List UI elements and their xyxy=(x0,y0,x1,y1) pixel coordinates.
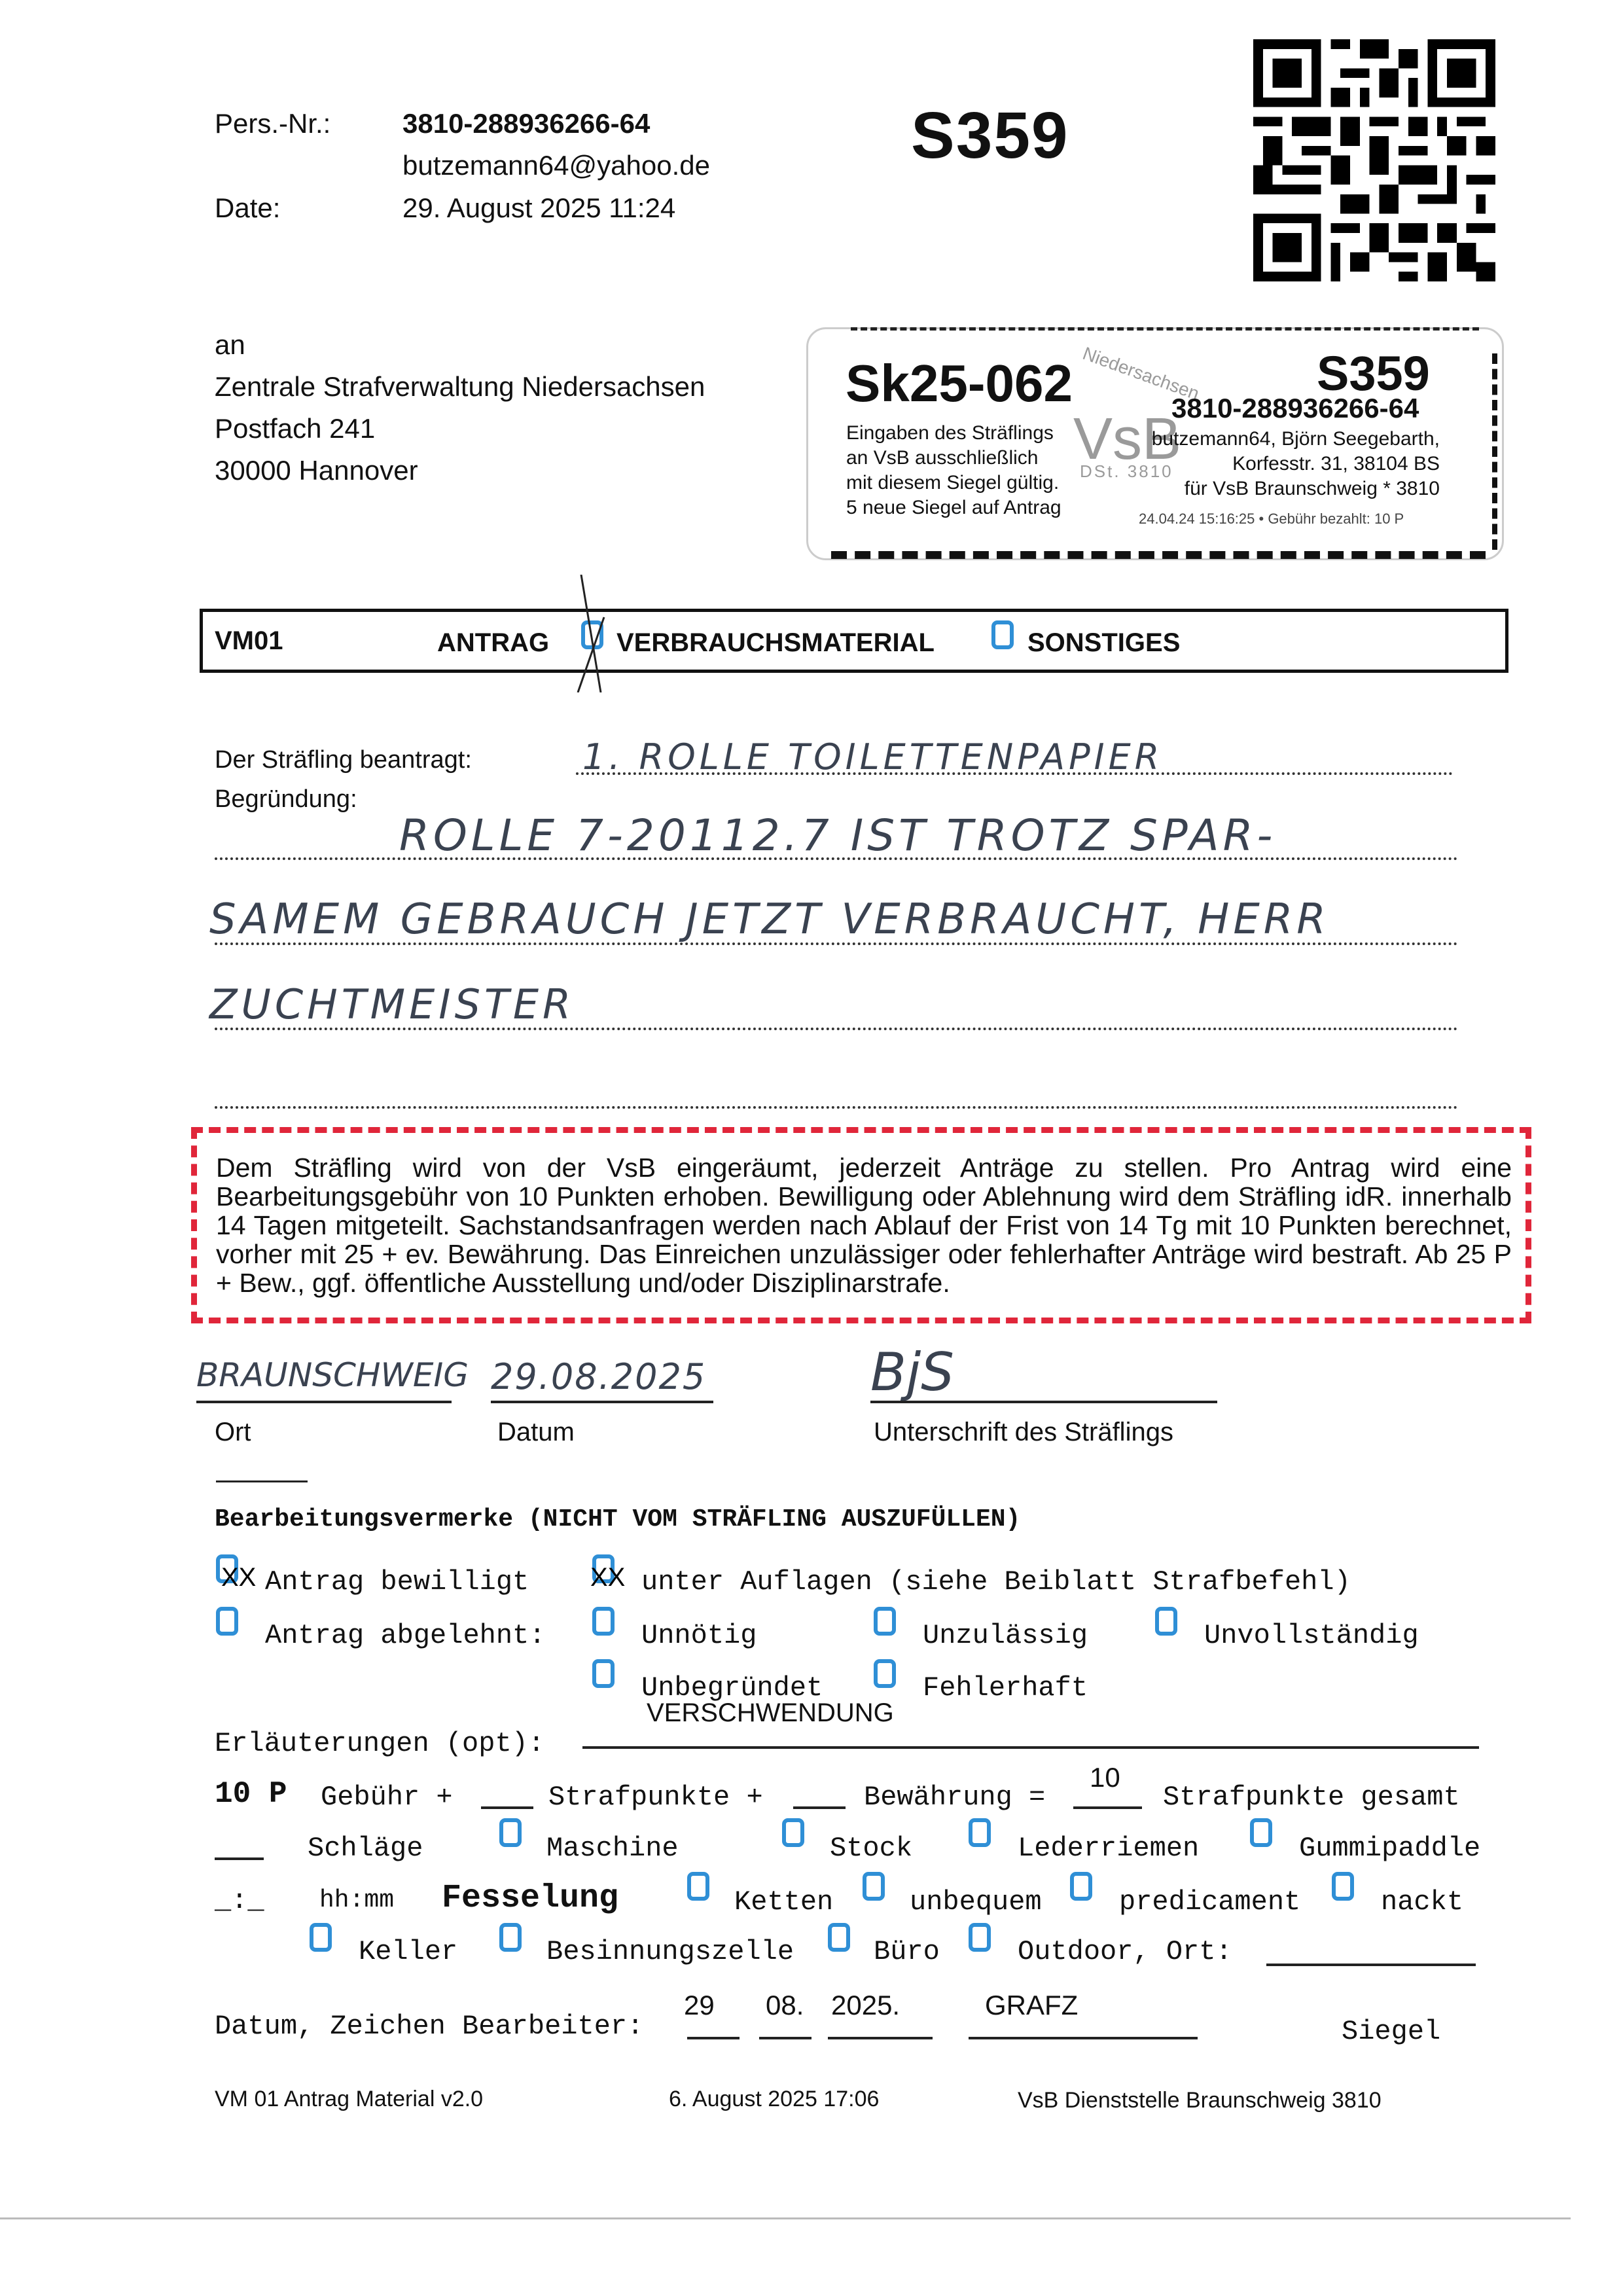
footer-office: VsB Dienststelle Braunschweig 3810 xyxy=(1018,2088,1382,2113)
seal-left-line: mit diesem Siegel gültig. xyxy=(846,471,1061,495)
signature-label: Unterschrift des Sträflings xyxy=(874,1418,1173,1447)
reason-unzulaessig: Unzulässig xyxy=(923,1620,1088,1651)
fesselung-unbequem: unbequem xyxy=(910,1886,1042,1918)
qr-code-icon xyxy=(1253,39,1495,281)
seal-border-right xyxy=(1492,353,1497,550)
siegel-label: Siegel xyxy=(1342,2016,1440,2047)
fee-prefix: 10 P xyxy=(215,1777,287,1811)
processing-title: Bearbeitungsvermerke (NICHT VOM STRÄFLIN… xyxy=(215,1505,1020,1534)
datum-line[interactable] xyxy=(491,1401,713,1403)
fesselung-predicament: predicament xyxy=(1119,1886,1300,1918)
seal-border-top xyxy=(851,327,1479,331)
checkbox-predicament[interactable] xyxy=(1070,1872,1092,1901)
schlaege-input[interactable] xyxy=(215,1857,264,1860)
fesselung-ketten: Ketten xyxy=(734,1886,833,1918)
outdoor-location-input[interactable] xyxy=(1266,1964,1476,1966)
datum-value: 29.08.2025 xyxy=(491,1356,706,1397)
location-outdoor: Outdoor, Ort: xyxy=(1018,1936,1232,1967)
checkbox-nackt[interactable] xyxy=(1332,1872,1354,1901)
approved-mark: XX xyxy=(221,1563,256,1592)
month-input[interactable] xyxy=(759,2037,811,2039)
fesselung-label: Fesselung xyxy=(442,1880,618,1917)
day-input[interactable] xyxy=(687,2037,740,2039)
bewaehrung-label: Bewährung = xyxy=(864,1782,1045,1813)
footer-form-date: 6. August 2025 17:06 xyxy=(669,2087,879,2112)
pers-nr-value: 3810-288936266-64 xyxy=(402,108,650,139)
ort-label: Ort xyxy=(215,1418,251,1447)
explanations-label: Erläuterungen (opt): xyxy=(215,1728,544,1759)
conditions-label: unter Auflagen (siehe Beiblatt Strafbefe… xyxy=(641,1566,1351,1598)
reason-fehlerhaft: Fehlerhaft xyxy=(923,1672,1088,1704)
conditions-mark: XX xyxy=(590,1563,625,1592)
recipient-line-2: Postfach 241 xyxy=(215,408,705,450)
instrument-stock: Stock xyxy=(830,1833,912,1864)
signature-value: BjS xyxy=(870,1342,954,1403)
total-label: Strafpunkte gesamt xyxy=(1163,1782,1460,1813)
divider xyxy=(216,1480,308,1482)
checkbox-buero[interactable] xyxy=(828,1923,850,1952)
date-label: Date: xyxy=(215,192,280,224)
seal-left-text: Eingaben des Sträflings an VsB ausschlie… xyxy=(846,421,1061,520)
checkbox-stock[interactable] xyxy=(782,1818,804,1847)
recipient-to: an xyxy=(215,324,705,366)
checkmark-cross-icon xyxy=(575,575,607,692)
fesselung-nackt: nackt xyxy=(1381,1886,1463,1918)
checkbox-unbegruendet[interactable] xyxy=(592,1659,615,1688)
year-value: 2025. xyxy=(831,1990,900,2021)
seal-border-bottom xyxy=(831,551,1486,559)
fee-label: Gebühr + xyxy=(321,1782,453,1813)
strafpunkte-label: Strafpunkte + xyxy=(548,1782,763,1813)
checkbox-unvollstaendig[interactable] xyxy=(1155,1607,1177,1636)
checkbox-lederriemen[interactable] xyxy=(969,1818,991,1847)
pers-nr-label: Pers.-Nr.: xyxy=(215,108,330,139)
day-value: 29 xyxy=(684,1990,715,2021)
checkbox-keller[interactable] xyxy=(310,1923,332,1952)
checkbox-unnoetig[interactable] xyxy=(592,1607,615,1636)
month-value: 08. xyxy=(766,1990,804,2021)
seal-left-line: an VsB ausschließlich xyxy=(846,446,1061,471)
form-antrag-label: ANTRAG xyxy=(437,628,549,658)
reason-text-1: ROLLE 7-20112.7 IST TROTZ SPAR- xyxy=(399,810,1276,861)
rejected-label: Antrag abgelehnt: xyxy=(265,1620,545,1651)
reason-line-4[interactable] xyxy=(215,1073,1458,1109)
seal-right-text: butzemann64, Björn Seegebarth, Korfesstr… xyxy=(1113,427,1440,501)
total-value: 10 xyxy=(1090,1762,1120,1793)
reason-unvollstaendig: Unvollständig xyxy=(1204,1620,1419,1651)
schlaege-label: Schläge xyxy=(308,1833,423,1864)
form-code: VM01 xyxy=(215,626,283,656)
checkbox-unbequem[interactable] xyxy=(863,1872,885,1901)
option-verbrauchsmaterial: VERBRAUCHSMATERIAL xyxy=(616,628,935,658)
checkbox-verbrauchsmaterial[interactable] xyxy=(581,620,603,650)
location-keller: Keller xyxy=(359,1936,457,1967)
page-edge-line xyxy=(0,2217,1571,2219)
instrument-gummipaddle: Gummipaddle xyxy=(1299,1833,1480,1864)
time-input[interactable]: _:_ xyxy=(215,1885,264,1916)
bewaehrung-input[interactable] xyxy=(793,1806,846,1809)
seal-pers-nr: 3810-288936266-64 xyxy=(1171,393,1419,424)
location-besinnungszelle: Besinnungszelle xyxy=(546,1936,794,1967)
datum-label: Datum xyxy=(497,1418,575,1447)
total-input[interactable] xyxy=(1073,1806,1142,1809)
clerk-input[interactable] xyxy=(969,2037,1198,2039)
seal-right-line: butzemann64, Björn Seegebarth, xyxy=(1113,427,1440,452)
location-buero: Büro xyxy=(874,1936,940,1967)
approved-label: Antrag bewilligt xyxy=(265,1566,529,1598)
date-value: 29. August 2025 11:24 xyxy=(402,192,675,224)
instrument-maschine: Maschine xyxy=(546,1833,679,1864)
seal-footer: 24.04.24 15:16:25 • Gebühr bezahlt: 10 P xyxy=(1139,511,1404,528)
footer-form-name: VM 01 Antrag Material v2.0 xyxy=(215,2087,483,2112)
strafpunkte-input[interactable] xyxy=(481,1806,533,1809)
checkbox-ketten[interactable] xyxy=(687,1872,709,1901)
seal-left-line: Eingaben des Sträflings xyxy=(846,421,1061,446)
time-unit: hh:mm xyxy=(319,1886,394,1914)
seal-left-line: 5 neue Siegel auf Antrag xyxy=(846,495,1061,520)
reason-text-3: ZUCHTMEISTER xyxy=(209,980,575,1028)
option-sonstiges: SONSTIGES xyxy=(1027,628,1180,658)
request-value: 1. ROLLE TOILETTENPAPIER xyxy=(582,736,1163,778)
seal-right-line: für VsB Braunschweig * 3810 xyxy=(1113,476,1440,501)
checkbox-outdoor[interactable] xyxy=(969,1923,991,1952)
explanations-input[interactable] xyxy=(582,1746,1479,1749)
checkbox-besinnungszelle[interactable] xyxy=(499,1923,522,1952)
checkbox-gummipaddle[interactable] xyxy=(1250,1818,1272,1847)
date-sign-label: Datum, Zeichen Bearbeiter: xyxy=(215,2011,643,2042)
checkbox-sonstiges[interactable] xyxy=(991,620,1014,649)
reason-label: Begründung: xyxy=(215,785,357,814)
header-code: S359 xyxy=(911,98,1069,173)
recipient-line-3: 30000 Hannover xyxy=(215,450,705,492)
reason-unnoetig: Unnötig xyxy=(641,1620,757,1651)
checkbox-fehlerhaft[interactable] xyxy=(874,1659,896,1688)
checkbox-maschine[interactable] xyxy=(499,1818,522,1847)
signature-line[interactable] xyxy=(870,1401,1217,1403)
recipient-line-1: Zentrale Strafverwaltung Niedersachsen xyxy=(215,366,705,408)
checkbox-rejected[interactable] xyxy=(216,1607,238,1636)
seal-id: Sk25-062 xyxy=(846,353,1073,414)
recipient-block: an Zentrale Strafverwaltung Niedersachse… xyxy=(215,324,705,492)
request-label: Der Sträfling beantragt: xyxy=(215,746,472,774)
instrument-lederriemen: Lederriemen xyxy=(1018,1833,1199,1864)
ort-line[interactable] xyxy=(196,1401,452,1403)
reason-text-2: SAMEM GEBRAUCH JETZT VERBRAUCHT, HERR xyxy=(209,895,1330,944)
clerk-value: GRAFZ xyxy=(985,1990,1078,2021)
checkbox-unzulaessig[interactable] xyxy=(874,1607,896,1636)
email-value: butzemann64@yahoo.de xyxy=(402,150,710,181)
notice-text: Dem Sträfling wird von der VsB eingeräum… xyxy=(216,1153,1512,1297)
seal-right-line: Korfesstr. 31, 38104 BS xyxy=(1113,452,1440,476)
ort-value: BRAUNSCHWEIG xyxy=(196,1356,469,1394)
note-value: VERSCHWENDUNG xyxy=(647,1698,894,1728)
year-input[interactable] xyxy=(828,2037,933,2039)
